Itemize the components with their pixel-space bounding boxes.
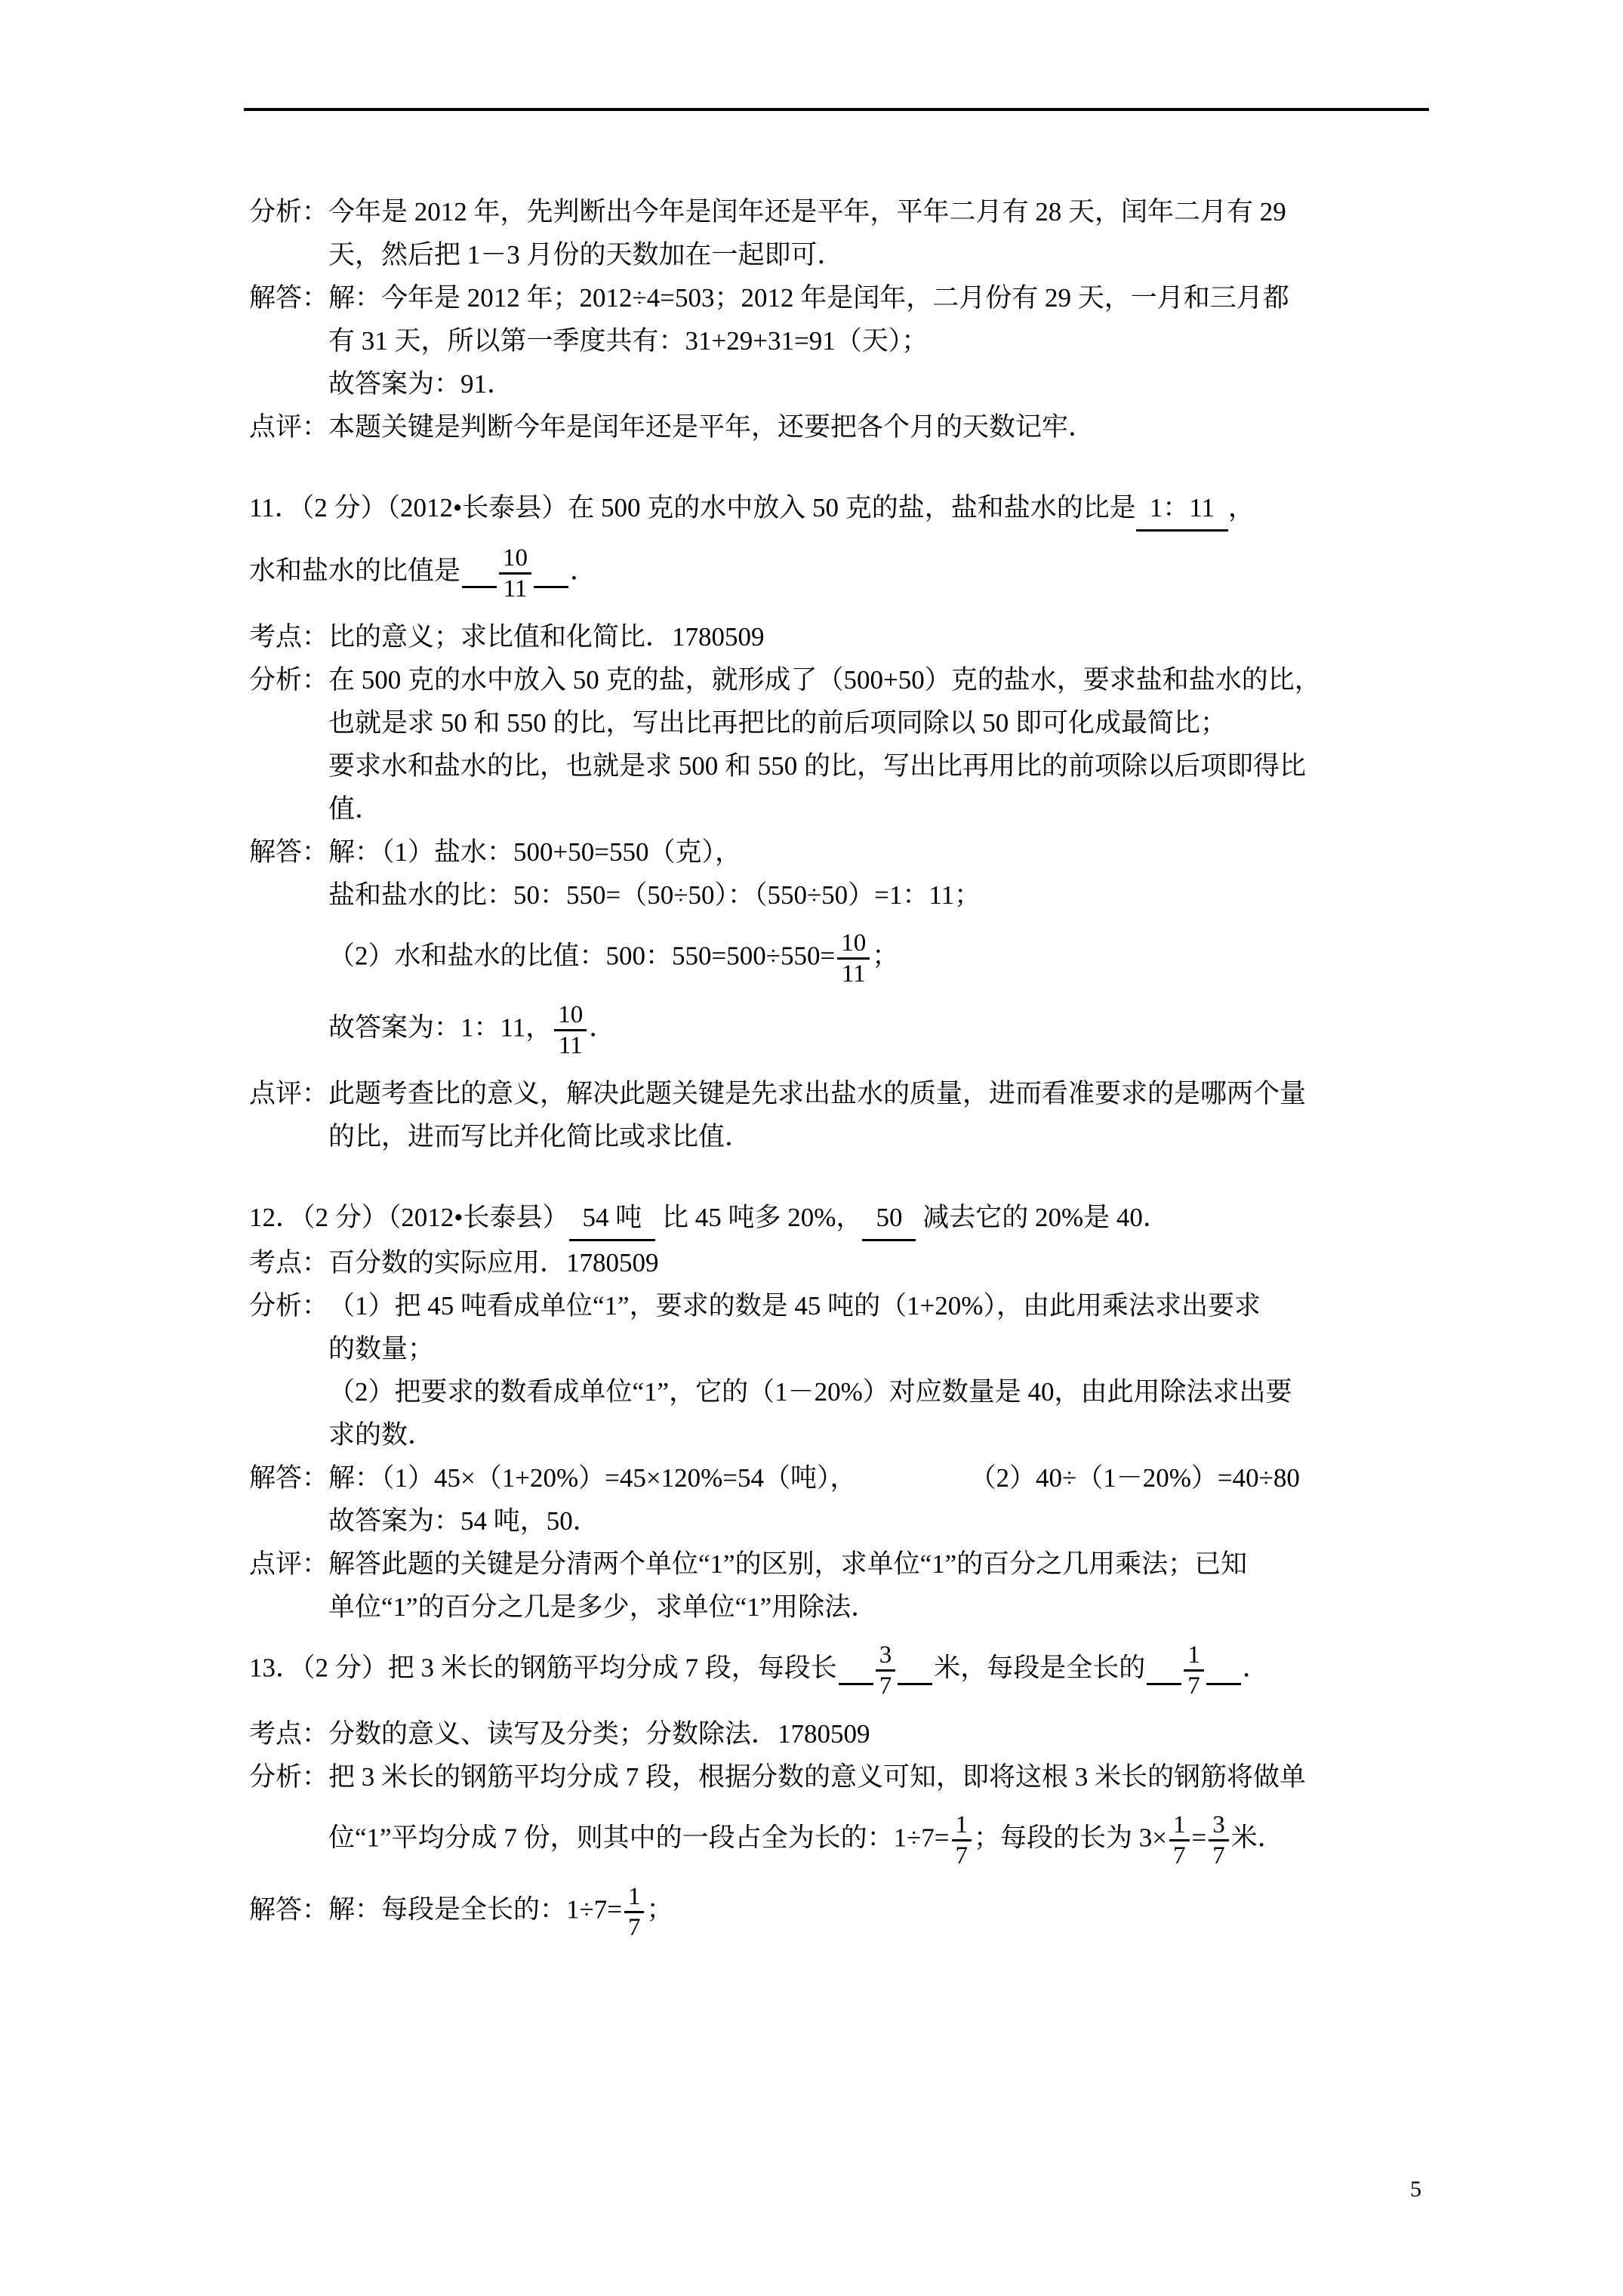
fraction-numerator: 3 — [876, 1641, 896, 1672]
text-run: 米，每段是全长的 — [934, 1653, 1145, 1683]
text-run: 有 31 天，所以第一季度共有：31+29+31=91（天）； — [328, 326, 928, 356]
q10-analysis-line-2: 天，然后把 1－3 月份的天数加在一起即可． — [249, 233, 1427, 276]
text-run: 把 3 米长的钢筋平均分成 7 段，根据分数的意义可知，即将这根 3 米长的钢筋… — [328, 1762, 1306, 1792]
answer-blank-fraction: 37 — [839, 1641, 933, 1700]
text-run: ； — [872, 942, 898, 971]
text-run: 要求水和盐水的比，也就是求 500 和 550 的比，写出比再用比的前项除以后项… — [328, 751, 1306, 781]
fraction-denominator: 11 — [499, 575, 531, 603]
document-body: 分析：今年是 2012 年，先判断出今年是闰年还是平年，平年二月有 28 天，闰… — [249, 190, 1427, 1954]
paragraph-label: 分析： — [249, 1284, 328, 1327]
q10-solution-line-1: 解答：解：今年是 2012 年；2012÷4=503；2012 年是闰年，二月份… — [249, 276, 1427, 319]
q10-comment-line: 点评：本题关键是判断今年是闰年还是平年，还要把各个月的天数记牢． — [249, 405, 1427, 448]
q11-solution-line-1: 解答：解：（1）盐水：500+50=550（克）， — [249, 831, 1427, 874]
fraction-denominator: 7 — [952, 1841, 972, 1870]
fraction-denominator: 7 — [1209, 1841, 1229, 1870]
text-run: 解：（1）45×（1+20%）=45×120%=54（吨）， — [328, 1463, 857, 1493]
page-number: 5 — [1410, 2174, 1421, 2205]
text-run: 解：每段是全长的：1÷7= — [328, 1895, 622, 1925]
text-run: 分数的意义、读写及分类；分数除法．1780509 — [328, 1719, 870, 1749]
text-run: ；每段的长为 3× — [974, 1823, 1167, 1853]
q11-solution-line-3: （2）水和盐水的比值：500：550=500÷550=1011； — [249, 929, 1427, 988]
q12-solution-line-2: 故答案为：54 吨，50． — [249, 1499, 1427, 1542]
fraction: 17 — [624, 1882, 645, 1942]
text-run: ； — [646, 1895, 673, 1925]
paragraph-label: 解答： — [249, 276, 328, 319]
q11-solution-line-2: 盐和盐水的比：50：550=（50÷50）：（550÷50）=1：11； — [249, 874, 1427, 917]
q13-question-line: 13．（2 分）把 3 米长的钢筋平均分成 7 段，每段长37米，每段是全长的1… — [249, 1641, 1427, 1700]
q12-comment-line-1: 点评：解答此题的关键是分清两个单位“1”的区别，求单位“1”的百分之几用乘法；已… — [249, 1542, 1427, 1586]
text-run: 解：今年是 2012 年；2012÷4=503；2012 年是闰年，二月份有 2… — [328, 283, 1289, 313]
q13-topic-line: 考点：分数的意义、读写及分类；分数除法．1780509 — [249, 1712, 1427, 1755]
text-run: 今年是 2012 年，先判断出今年是闰年还是平年，平年二月有 28 天，闰年二月… — [328, 197, 1286, 227]
text-run: 也就是求 50 和 550 的比，写出比再把比的前后项同除以 50 即可化成最简… — [328, 708, 1227, 738]
blank-underline — [898, 1683, 932, 1685]
fraction-numerator: 1 — [624, 1882, 645, 1913]
fraction: 37 — [876, 1641, 896, 1700]
q10-solution-line-3: 故答案为：91． — [249, 362, 1427, 405]
text-run: （2）40÷（1－20%）=40÷80 — [970, 1463, 1300, 1493]
fraction-denominator: 7 — [1169, 1841, 1190, 1870]
text-run: 单位“1”的百分之几是多少，求单位“1”用除法． — [328, 1592, 877, 1622]
q11-comment-line-1: 点评：此题考查比的意义，解决此题关键是先求出盐水的质量，进而看准要求的是哪两个量 — [249, 1072, 1427, 1115]
q12-comment-line-2: 单位“1”的百分之几是多少，求单位“1”用除法． — [249, 1586, 1427, 1629]
fraction-numerator: 1 — [1169, 1811, 1190, 1841]
fraction: 17 — [952, 1811, 972, 1870]
blank-underline — [1147, 1683, 1181, 1685]
text-run: （1）把 45 吨看成单位“1”，要求的数是 45 吨的（1+20%），由此用乘… — [328, 1291, 1261, 1321]
q12-question-line: 12．（2 分）（2012•长泰县）54 吨 比 45 吨多 20%，50 减去… — [249, 1196, 1427, 1241]
text-run: （2）水和盐水的比值：500：550=500÷550= — [328, 942, 835, 971]
text-run: 13．（2 分）把 3 米长的钢筋平均分成 7 段，每段长 — [249, 1653, 837, 1683]
blank-underline — [462, 586, 497, 588]
text-run: 值． — [328, 794, 381, 824]
q13-analysis-line-1: 分析：把 3 米长的钢筋平均分成 7 段，根据分数的意义可知，即将这根 3 米长… — [249, 1755, 1427, 1798]
text-run: （2）把要求的数看成单位“1”，它的（1－20%）对应数量是 40，由此用除法求… — [328, 1377, 1292, 1407]
fraction: 17 — [1169, 1811, 1190, 1870]
fraction-numerator: 10 — [554, 1000, 587, 1031]
q11-question-line-2: 水和盐水的比值是1011． — [249, 544, 1427, 603]
fraction-denominator: 11 — [554, 1031, 587, 1060]
answer-blank: 54 吨 — [569, 1196, 656, 1241]
q12-analysis-line-4: 求的数． — [249, 1413, 1427, 1456]
text-run: 比 45 吨多 20%， — [655, 1203, 862, 1232]
paragraph-label: 分析： — [249, 658, 328, 701]
q12-analysis-line-2: 的数量； — [249, 1327, 1427, 1370]
q11-analysis-line-3: 要求水和盐水的比，也就是求 500 和 550 的比，写出比再用比的前项除以后项… — [249, 744, 1427, 787]
paragraph-label: 点评： — [249, 405, 328, 448]
answer-blank-fraction: 1011 — [462, 544, 568, 603]
fraction-denominator: 7 — [876, 1672, 896, 1700]
text-run: 在 500 克的水中放入 50 克的盐，就形成了（500+50）克的盐水，要求盐… — [328, 665, 1321, 695]
fraction-numerator: 1 — [1184, 1641, 1204, 1672]
blank-underline — [534, 586, 568, 588]
text-run: 比的意义；求比值和化简比．1780509 — [328, 622, 765, 652]
fraction: 37 — [1209, 1811, 1229, 1870]
fraction-denominator: 7 — [1184, 1672, 1204, 1700]
text-run: ， — [1228, 493, 1255, 522]
paragraph-label: 考点： — [249, 1712, 328, 1755]
text-run: 解：（1）盐水：500+50=550（克）， — [328, 837, 741, 867]
fraction: 17 — [1184, 1641, 1204, 1700]
paragraph-label: 解答： — [249, 1456, 328, 1499]
text-run: 盐和盐水的比：50：550=（50÷50）：（550÷50）=1：11； — [328, 880, 981, 910]
blank-underline — [1206, 1683, 1241, 1685]
q13-analysis-line-2: 位“1”平均分成 7 份，则其中的一段占全为长的：1÷7=17；每段的长为 3×… — [249, 1811, 1427, 1870]
q11-solution-line-4: 故答案为：1：11，1011． — [249, 1000, 1427, 1060]
fraction-denominator: 11 — [837, 960, 870, 988]
paragraph-label: 点评： — [249, 1072, 328, 1115]
fraction: 1011 — [554, 1000, 587, 1060]
text-run: = — [1192, 1823, 1207, 1853]
paragraph-label: 分析： — [249, 190, 328, 233]
paragraph-label: 考点： — [249, 1241, 328, 1284]
q12-solution-line-1: 解答：解：（1）45×（1+20%）=45×120%=54（吨），（2）40÷（… — [249, 1456, 1427, 1499]
text-run: 位“1”平均分成 7 份，则其中的一段占全为长的：1÷7= — [328, 1823, 950, 1853]
q11-comment-line-2: 的比，进而写比并化简比或求比值． — [249, 1115, 1427, 1158]
text-run: 此题考查比的意义，解决此题关键是先求出盐水的质量，进而看准要求的是哪两个量 — [328, 1079, 1306, 1108]
q11-analysis-line-1: 分析：在 500 克的水中放入 50 克的盐，就形成了（500+50）克的盐水，… — [249, 658, 1427, 701]
text-run: 米． — [1231, 1823, 1284, 1853]
q12-analysis-line-3: （2）把要求的数看成单位“1”，它的（1－20%）对应数量是 40，由此用除法求… — [249, 1370, 1427, 1413]
q11-question-line-1: 11．（2 分）（2012•长泰县）在 500 克的水中放入 50 克的盐，盐和… — [249, 486, 1427, 532]
q12-analysis-line-1: 分析：（1）把 45 吨看成单位“1”，要求的数是 45 吨的（1+20%），由… — [249, 1284, 1427, 1327]
paragraph-label: 点评： — [249, 1542, 328, 1586]
q12-topic-line: 考点：百分数的实际应用．1780509 — [249, 1241, 1427, 1284]
text-run: 求的数． — [328, 1420, 434, 1450]
text-run: 减去它的 20%是 40． — [916, 1203, 1169, 1232]
blank-underline — [839, 1683, 873, 1685]
q11-analysis-line-2: 也就是求 50 和 550 的比，写出比再把比的前后项同除以 50 即可化成最简… — [249, 701, 1427, 744]
q11-analysis-line-4: 值． — [249, 787, 1427, 831]
header-rule — [244, 108, 1429, 111]
text-run: ． — [1243, 1653, 1269, 1683]
text-run: 天，然后把 1－3 月份的天数加在一起即可． — [328, 240, 844, 270]
q10-analysis-line-1: 分析：今年是 2012 年，先判断出今年是闰年还是平年，平年二月有 28 天，闰… — [249, 190, 1427, 233]
text-run: ． — [570, 556, 596, 586]
text-run: 本题关键是判断今年是闰年还是平年，还要把各个月的天数记牢． — [328, 412, 1095, 442]
q10-solution-line-2: 有 31 天，所以第一季度共有：31+29+31=91（天）； — [249, 319, 1427, 362]
fraction-numerator: 10 — [499, 544, 531, 575]
fraction: 1011 — [499, 544, 531, 603]
fraction-denominator: 7 — [624, 1913, 645, 1942]
document-page: 分析：今年是 2012 年，先判断出今年是闰年还是平年，平年二月有 28 天，闰… — [0, 0, 1623, 2296]
fraction-numerator: 3 — [1209, 1811, 1229, 1841]
paragraph-label: 解答： — [249, 1896, 328, 1925]
text-run: 故答案为：91． — [328, 369, 513, 399]
paragraph-label: 分析： — [249, 1755, 328, 1798]
answer-blank: 50 — [862, 1196, 916, 1241]
text-run: 水和盐水的比值是 — [249, 556, 460, 586]
fraction-numerator: 10 — [837, 929, 870, 960]
q11-topic-line: 考点：比的意义；求比值和化简比．1780509 — [249, 615, 1427, 658]
fraction: 1011 — [837, 929, 870, 988]
text-run: 百分数的实际应用．1780509 — [328, 1248, 659, 1277]
paragraph-label: 解答： — [249, 831, 328, 874]
q13-solution-line-1: 解答：解：每段是全长的：1÷7=17； — [249, 1882, 1427, 1942]
text-run: 12．（2 分）（2012•长泰县） — [249, 1203, 569, 1232]
text-run: 故答案为：54 吨，50． — [328, 1506, 599, 1536]
text-run: 的数量； — [328, 1334, 434, 1364]
paragraph-label: 考点： — [249, 615, 328, 658]
text-run: 解答此题的关键是分清两个单位“1”的区别，求单位“1”的百分之几用乘法；已知 — [328, 1549, 1247, 1579]
answer-blank: 1：11 — [1136, 486, 1228, 532]
text-run: 11．（2 分）（2012•长泰县）在 500 克的水中放入 50 克的盐，盐和… — [249, 493, 1136, 522]
fraction-numerator: 1 — [952, 1811, 972, 1841]
text-run: ． — [589, 1013, 615, 1043]
answer-blank-fraction: 17 — [1147, 1641, 1241, 1700]
text-run: 的比，进而写比并化简比或求比值． — [328, 1122, 751, 1151]
text-run: 故答案为：1：11， — [328, 1013, 552, 1043]
